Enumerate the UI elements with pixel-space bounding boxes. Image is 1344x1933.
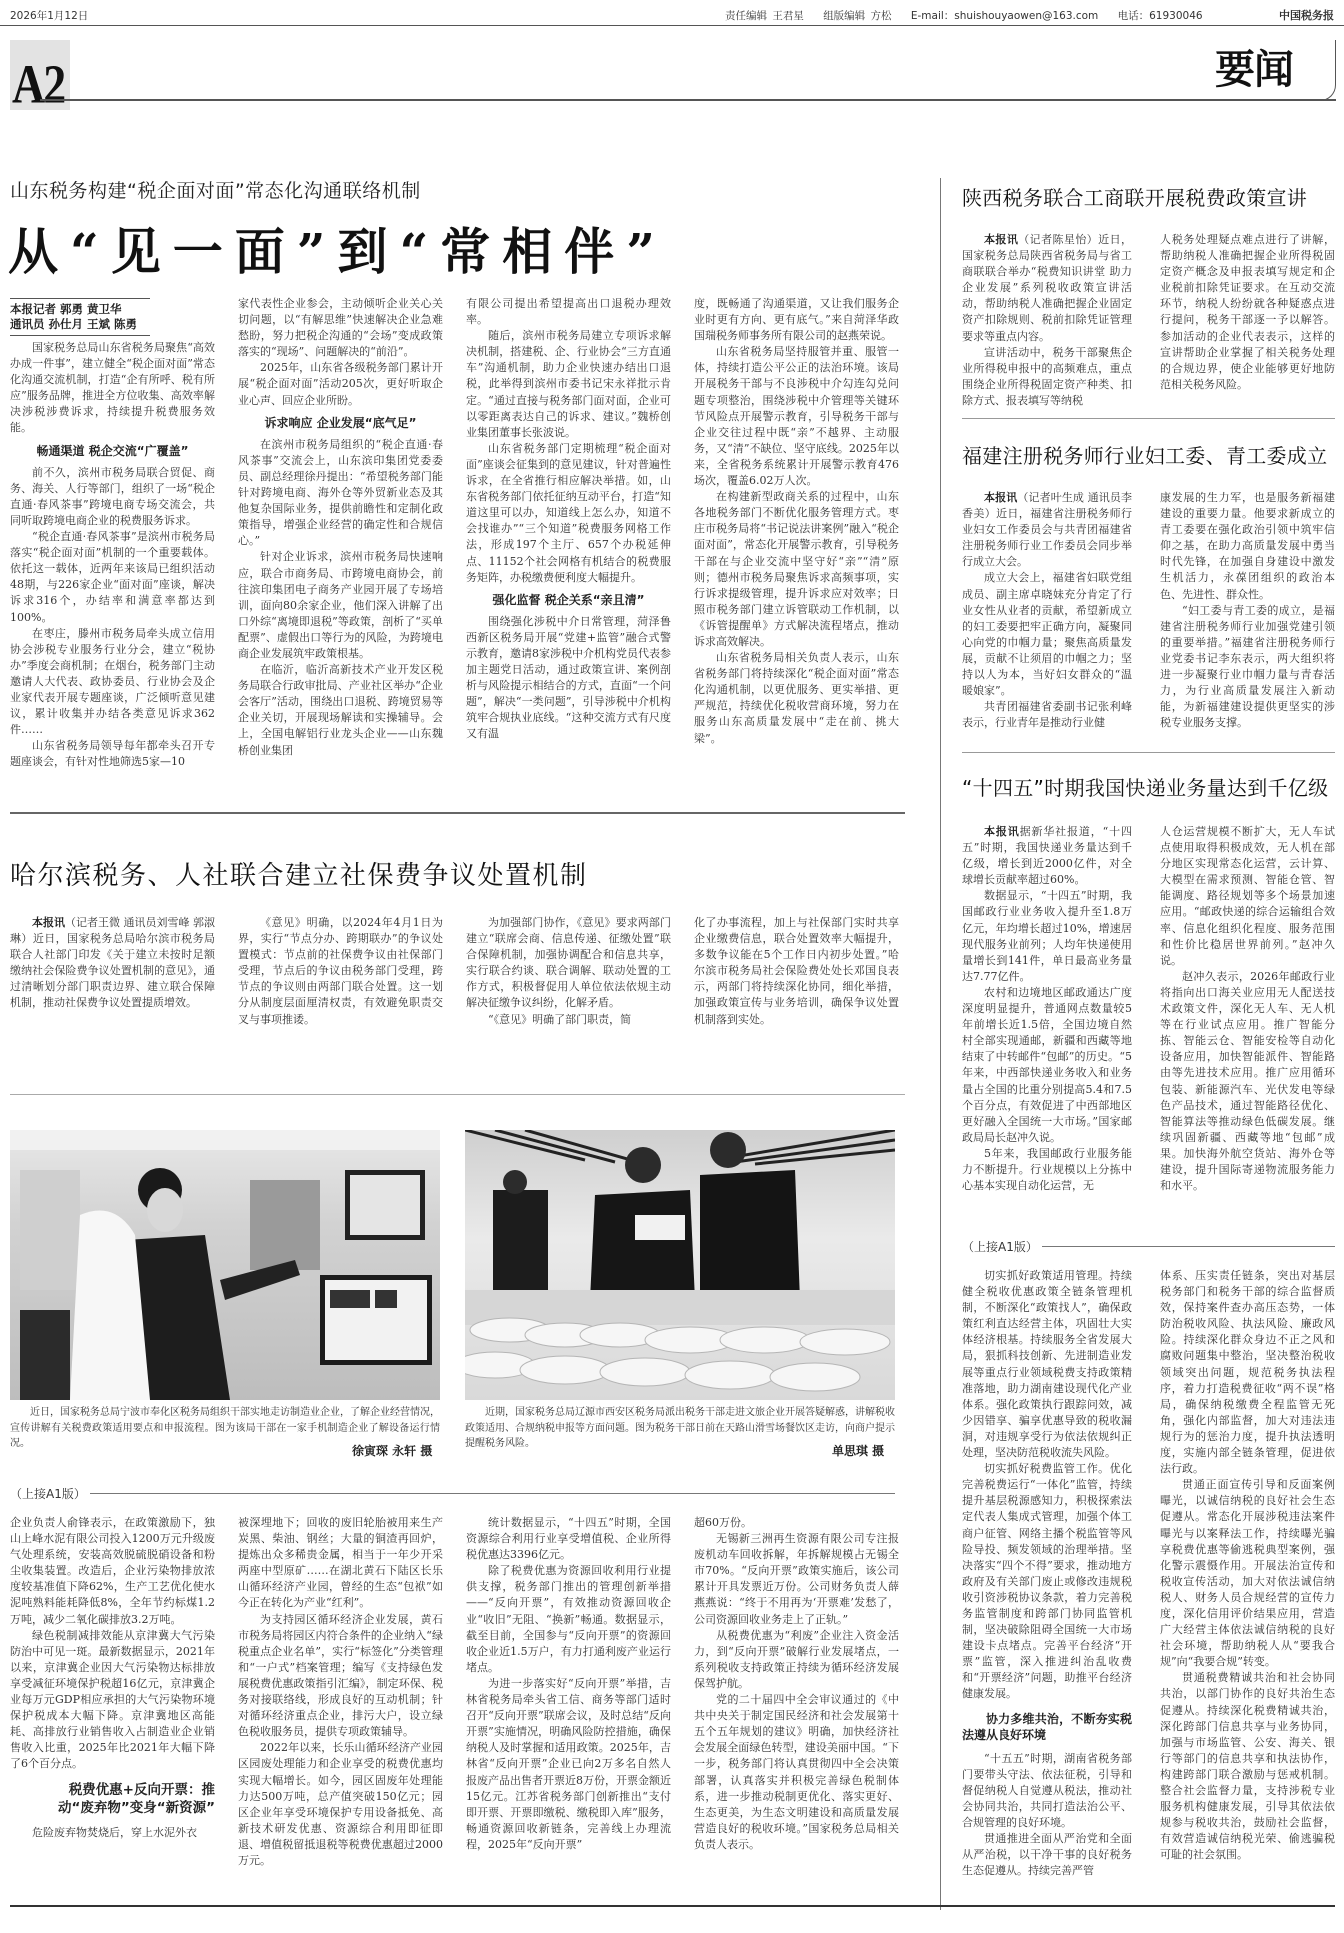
paragraph: 山东省税务局相关负责人表示，山东省税务部门将持续深化“税企面对面”常态化沟通机制… [694,650,899,747]
paragraph: 成立大会上，福建省妇联党组成员、副主席卓晓妹充分肯定了行业女性从业者的贡献，希望… [962,570,1132,699]
layout-editor: 组版编辑 方松 [823,10,891,22]
paragraph: 为进一步落实好“反向开票”举措，吉林省税务局牵头省工信、商务等部门适时召开“反向… [466,1676,671,1853]
lead-column-4: 度，既畅通了沟通渠道，又让我们服务企业时更有方向、更有底气。”来自菏泽华政国瑞税… [694,296,899,790]
paragraph: “十五五”时期，湖南省税务部门要带头守法、依法征税，引导和督促纳税人自觉遵从税法… [962,1751,1132,1831]
paragraph: 农村和边境地区邮政通达广度深度明显提升，普通网点数量较5年前增长近1.5倍，全国… [962,985,1132,1146]
express-headline: “十四五”时期我国快递业务量达到千亿级 [962,772,1328,801]
express-column-2: 人仓运营规模不断扩大，无人车试点使用取得积极成效，无人机在部分地区实现常态化运营… [1160,824,1335,1224]
paragraph: 贯通税费精诚共治和社会协同共治，以部门协作的良好共治生态促遵从。持续深化税费精诚… [1160,1670,1335,1863]
dateline: 本报讯 [984,825,1020,838]
paragraph: 为加强部门协作，《意见》要求两部门建立“联席会商、信息传递、征缴处置”联合保障机… [466,915,671,1012]
paragraph: 切实抓好税费监管工作。优化完善税费运行“一体化”监管，持续提升基层税源感知力，积… [962,1461,1132,1702]
paragraph: 山东省税务局坚持服管并重、服管一体，持续打造公平公正的法治环境。该局开展税务干部… [694,344,899,489]
paragraph: 为支持园区循环经济企业发展，黄石市税务局将园区内符合条件的企业纳入“绿税重点企业… [238,1612,443,1741]
paragraph: 贯通推进全面从严治党和全面从严治税，以干净干事的良好税务生态促遵从。持续完善严管 [962,1831,1132,1879]
editor: 责任编辑 王君星 [725,10,804,22]
paragraph-text: （记者王微 通讯员刘雪峰 郭淑琳）近日，国家税务总局哈尔滨市税务局联合人社部门印… [10,916,215,1009]
phone: 电话：61930046 [1118,10,1203,22]
photo-caption-2: 近期，国家税务总局辽源市西安区税务局派出税务干部走进文旅企业开展答疑解惑，讲解税… [465,1405,895,1452]
continued-from-a1: （上接A1版） [10,1485,895,1502]
paragraph: 山东省税务局领导每年都牵头召开专题座谈会，有针对性地筛选5家—10 [10,738,215,770]
paragraph: 家代表性企业参会，主动倾听企业关心关切问题，以“有解思维”快速解决企业急难愁盼，… [238,296,443,360]
fujian-column-1: 本报讯（记者叶生成 通讯员李香美）近日，福建省注册税务师行业妇女工作委员会与共青… [962,490,1132,750]
harbin-column-4: 化了办事流程，加上与社保部门实时共享企业缴费信息，联合处置效率大幅提升，多数争议… [694,915,899,1035]
editor-info: 责任编辑 王君星 组版编辑 方松 E-mail：shuishouyaowen@1… [725,8,1217,23]
paragraph: 人仓运营规模不断扩大，无人车试点使用取得积极成效，无人机在部分地区实现常态化运营… [1160,824,1335,969]
express-column-1: 本报讯据新华社报道，“十四五”时期，我国快递业务量达到千亿级，增长到近2000亿… [962,824,1132,1224]
paragraph: 人税务处理疑点难点进行了讲解，帮助纳税人准确把握企业所得税固定资产概念及申报表填… [1160,232,1335,393]
paragraph: 2022年以来，长乐山循环经济产业园区园废处理能力和企业享受的税费优惠均实现大幅… [238,1740,443,1869]
paragraph: 共青团福建省委副书记张利峰表示，行业青年是推动行业健 [962,699,1132,731]
factory-photo-illustration [10,1130,440,1400]
photo-factory-visit [10,1130,440,1400]
harbin-headline: 哈尔滨税务、人社联合建立社保费争议处置机制 [10,855,588,892]
continued-column-1: 企业负责人俞锋表示，在政策激励下，独山上峰水泥有限公司投入1200万元升级废气处… [10,1515,215,1910]
continued-label: （上接A1版） [962,1238,1038,1255]
paragraph: 被深埋地下；回收的废旧轮胎被用来生产炭黑、柴油、钢丝；大量的铜渣再回炉，提炼出众… [238,1515,443,1612]
continued-label: （上接A1版） [10,1485,86,1502]
continued-column-2: 被深埋地下；回收的废旧轮胎被用来生产炭黑、柴油、钢丝；大量的铜渣再回炉，提炼出众… [238,1515,443,1910]
paragraph: 在构建新型政商关系的过程中，山东各地税务部门不断优化服务管理方式。枣庄市税务局将… [694,489,899,650]
paragraph: 统计数据显示，“十四五”时期，全国资源综合利用行业享受增值税、企业所得税优惠达3… [466,1515,671,1563]
issue-date: 2026年1月12日 [10,8,88,23]
harbin-column-2: 《意见》明确，以2024年4月1日为界，实行“节点分办、跨期联办”的争议处置模式… [238,915,443,1035]
harbin-column-3: 为加强部门协作，《意见》要求两部门建立“联席会商、信息传递、征缴处置”联合保障机… [466,915,671,1035]
paragraph: 针对企业诉求，滨州市税务局快速响应，联合市商务局、市跨境电商协会，前往滨印集团电… [238,549,443,662]
section-rule [962,418,1335,419]
harbin-column-1: 本报讯（记者王微 通讯员刘雪峰 郭淑琳）近日，国家税务总局哈尔滨市税务局联合人社… [10,915,215,1035]
photo-ski-resort-visit [465,1130,895,1400]
email[interactable]: E-mail：shuishouyaowen@163.com [911,10,1098,22]
paragraph: 化了办事流程，加上与社保部门实时共享企业缴费信息，联合处置效率大幅提升，多数争议… [694,915,899,1028]
section-rule [10,812,905,814]
dateline: 本报讯 [984,233,1018,246]
lead-headline: 从“见一面”到“常相伴” [8,212,667,284]
paragraph: 有限公司提出希望提高出口退税办理效率。 [466,296,671,328]
paragraph: 5年来，我国邮政行业服务能力不断提升。行业规模以上分拣中心基本实现自动化运营，无 [962,1146,1132,1194]
photo-credit-1: 徐寅琛 永轩 摄 [352,1442,432,1459]
lead-column-1: 国家税务总局山东省税务局聚焦“高效办成一件事”，建立健全“税企面对面”常态化沟通… [10,340,215,790]
lead-byline: 本报记者 郭勇 黄卫华 通讯员 孙仕月 王斌 陈勇 [10,298,150,336]
subhead: 税费优惠+反向开票：推动“废弃物”变身“新资源” [10,1781,215,1817]
paragraph-text: （记者陈星怡）近日，国家税务总局陕西省税务局与省工商联联合举办“税费知识讲堂 助… [962,233,1132,343]
lead-column-2: 家代表性企业参会，主动倾听企业关心关切问题，以“有解思维”快速解决企业急难愁盼，… [238,296,443,790]
paragraph: 绿色税制减排效能从京津冀大气污染防治中可见一斑。最新数据显示，2021年以来，京… [10,1628,215,1773]
continued-column-3: 统计数据显示，“十四五”时期，全国资源综合利用行业享受增值税、企业所得税优惠达3… [466,1515,671,1910]
lead-column-3: 有限公司提出希望提高出口退税办理效率。 随后，滨州市税务局建立专项诉求解决机制，… [466,296,671,790]
subhead: 畅通渠道 税企交流“广覆盖” [10,443,215,459]
paragraph: 无锡新三洲再生资源有限公司专注报废机动车回收拆解，年拆解规模占无锡全市70%。“… [694,1531,899,1628]
section-rule [10,1094,905,1095]
fujian-column-2: 康发展的生力军，也是服务新福建建设的重要力量。他要求新成立的青工委要在强化政治引… [1160,490,1335,750]
continued-column-4: 超60万份。 无锡新三洲再生资源有限公司专注报废机动车回收拆解，年拆解规模占无锡… [694,1515,899,1910]
continued-right-column-2: 体系、压实责任链条，突出对基层税务部门和税务干部的综合监督质效，保持案件查办高压… [1160,1268,1335,1900]
paragraph: 国家税务总局山东省税务局聚焦“高效办成一件事”，建立健全“税企面对面”常态化沟通… [10,340,215,437]
masthead-bar: 2026年1月12日 责任编辑 王君星 组版编辑 方松 E-mail：shuis… [0,0,1344,26]
subhead: 诉求响应 企业发展“底气足” [238,415,443,431]
paragraph: 体系、压实责任链条，突出对基层税务部门和税务干部的综合监督质效，保持案件查办高压… [1160,1268,1335,1477]
paper-name: 中国税务报 [1279,7,1334,23]
paragraph: 赵冲久表示，2026年邮政行业将指向出口海关业应用无人配送技术政策文件，深化无人… [1160,969,1335,1194]
paragraph: 企业负责人俞锋表示，在政策激励下，独山上峰水泥有限公司投入1200万元升级废气处… [10,1515,215,1628]
paragraph: 2025年，山东省各级税务部门累计开展“税企面对面”活动205次，更好听取企业心… [238,360,443,408]
paragraph: 前不久，滨州市税务局联合贸促、商务、海关、人行等部门，组织了一场“税企直通·春风… [10,465,215,529]
dateline: 本报讯 [32,916,65,929]
paragraph: 党的二十届四中全会审议通过的《中共中央关于制定国民经济和社会发展第十五个五年规划… [694,1692,899,1853]
paragraph: 超60万份。 [694,1515,899,1531]
paragraph: 除了税费优惠为资源回收利用行业提供支撑，税务部门推出的管理创新举措——“反向开票… [466,1563,671,1676]
header-rule [40,99,1336,101]
paragraph: 在枣庄，滕州市税务局牵头成立信用协会涉税专业服务行业分会，建立“税协办”季度会商… [10,626,215,739]
paragraph: 在临沂，临沂高新技术产业开发区税务局联合行政审批局、产业社区举办“企业会客厅”活… [238,662,443,759]
paragraph: 康发展的生力军，也是服务新福建建设的重要力量。他要求新成立的青工委要在强化政治引… [1160,490,1335,603]
paragraph: “妇工委与青工委的成立，是福建省注册税务师行业加强党建引领的重要举措。”福建省注… [1160,603,1335,732]
shaanxi-column-1: 本报讯（记者陈星怡）近日，国家税务总局陕西省税务局与省工商联联合举办“税费知识讲… [962,232,1132,412]
subhead: 强化监督 税企关系“亲且清” [466,592,671,608]
continued-from-a1-right: （上接A1版） [962,1238,1335,1255]
header-corner [1300,40,1336,101]
paragraph: 从税费优惠为“利废”企业注入资金活力，到“反向开票”破解行业发展堵点，一系列税收… [694,1628,899,1692]
paragraph: 《意见》明确，以2024年4月1日为界，实行“节点分办、跨期联办”的争议处置模式… [238,915,443,1028]
paragraph: 围绕强化涉税中介日常管理，菏泽鲁西新区税务局开展“党建+监管”融合式警示教育，邀… [466,614,671,743]
paragraph: “税企直通·春风茶事”是滨州市税务局落实“税企面对面”机制的一个重要载体。依托这… [10,529,215,626]
column-divider [940,178,941,1910]
paragraph: 宣讲活动中，税务干部聚焦企业所得税申报中的高频难点，重点围绕企业所得税固定资产种… [962,345,1132,409]
paragraph: 随后，滨州市税务局建立专项诉求解决机制，搭建税、企、行业协会“三方直通车”沟通机… [466,328,671,441]
paragraph: 数据显示，“十四五”时期，我国邮政行业业务收入提升至1.8万亿元，年均增长超过1… [962,888,1132,985]
paragraph: 贯通正面宣传引导和反面案例曝光，以诚信纳税的良好社会生态促遵从。常态化开展涉税违… [1160,1477,1335,1670]
page-number: A2 [12,52,64,116]
bottom-rule [10,1905,1335,1907]
dateline: 本报讯 [984,491,1017,504]
shaanxi-column-2: 人税务处理疑点难点进行了讲解，帮助纳税人准确把握企业所得税固定资产概念及申报表填… [1160,232,1335,412]
shaanxi-headline: 陕西税务联合工商联开展税费政策宣讲 [962,182,1307,211]
ski-resort-photo-illustration [465,1130,895,1400]
byline-reporters: 本报记者 郭勇 黄卫华 [10,302,150,317]
paragraph: 危险废弃物焚烧后，穿上水泥外衣 [10,1825,215,1841]
photo-credit-2: 单思琪 摄 [832,1442,884,1459]
paragraph: 切实抓好政策适用管理。持续健全税收优惠政策全链条管理机制，不断深化“政策找人”，… [962,1268,1132,1461]
continued-right-column-1: 切实抓好政策适用管理。持续健全税收优惠政策全链条管理机制，不断深化“政策找人”，… [962,1268,1132,1900]
section-rule [962,752,1335,753]
byline-correspondents: 通讯员 孙仕月 王斌 陈勇 [10,317,150,332]
section-title: 要闻 [1215,38,1293,95]
fujian-headline: 福建注册税务师行业妇工委、青工委成立 [962,440,1327,469]
paragraph: 在滨州市税务局组织的“税企直通·春风茶事”交流会上，山东滨印集团党委委员、副总经… [238,437,443,550]
paragraph: 山东省税务部门定期梳理“税企面对面”座谈会征集到的意见建议，针对普遍性诉求，在全… [466,441,671,586]
lead-kicker: 山东税务构建“税企面对面”常态化沟通联络机制 [10,176,421,203]
paragraph: “《意见》明确了部门职责，简 [466,1012,671,1028]
paragraph: 度，既畅通了沟通渠道，又让我们服务企业时更有方向、更有底气。”来自菏泽华政国瑞税… [694,296,899,344]
subhead: 协力多维共治，不断夯实税法遵从良好环境 [962,1711,1132,1743]
